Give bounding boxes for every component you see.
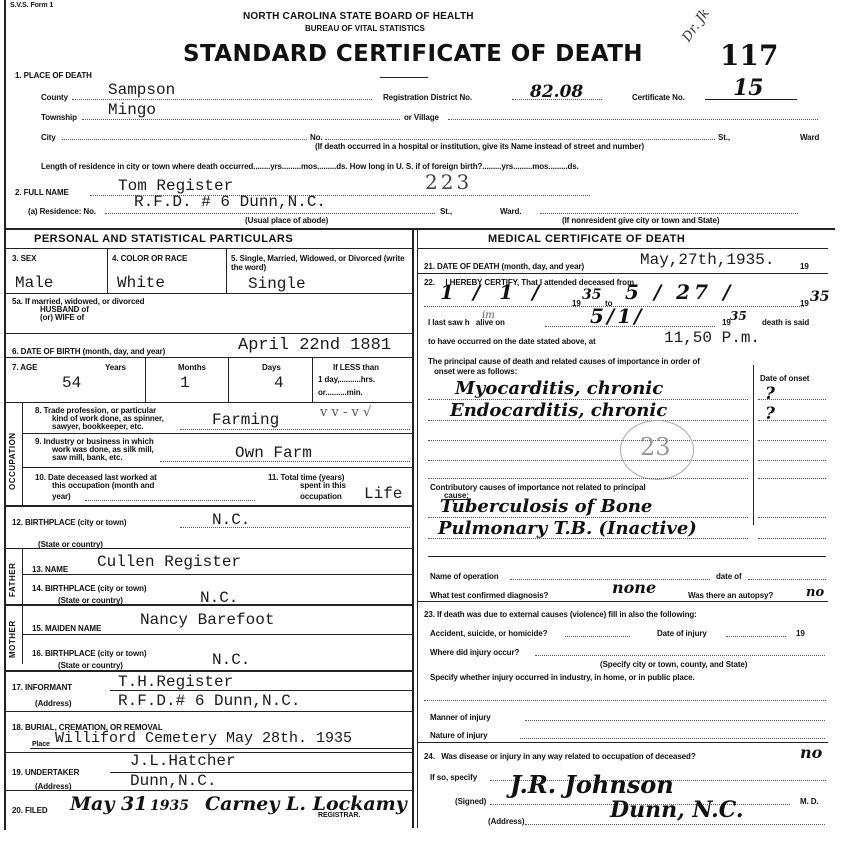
column-divider [412, 228, 414, 828]
total-time-label-2: spent in this [300, 481, 346, 490]
specify-label: Specify whether injury occurred in indus… [430, 673, 695, 682]
last-saw-year: 35 [730, 308, 747, 325]
signed-value: J.R. Johnson [510, 776, 674, 793]
occurred-label: to have occurred on the date stated abov… [428, 337, 596, 346]
last-saw-pronoun: im [482, 310, 495, 321]
residence-value: R.F.D. # 6 Dunn,N.C. [134, 194, 326, 210]
industry-label-3: saw mill, bank, etc. [52, 453, 122, 462]
dod-19: 19 [800, 262, 809, 271]
township-line [82, 119, 400, 120]
residence-line [105, 213, 435, 214]
page-title: STANDARD CERTIFICATE OF DEATH [183, 41, 643, 67]
nonresident-line [540, 213, 798, 214]
informant-value: T.H.Register [118, 674, 233, 690]
industry-value: Own Farm [235, 445, 312, 461]
cause-2: Endocarditis, chronic [450, 402, 667, 419]
district-line [512, 99, 602, 100]
father-name-value: Cullen Register [97, 554, 241, 570]
no-label: No. [310, 133, 323, 142]
agency-title: NORTH CAROLINA STATE BOARD OF HEALTH [243, 11, 474, 22]
autopsy-label: Was there an autopsy? [688, 591, 773, 600]
burial-value: Williford Cemetery May 28th. 1935 [55, 731, 352, 747]
township-value: Mingo [108, 102, 156, 118]
residence-label: (a) Residence: No. [28, 207, 96, 216]
age-years-value: 54 [62, 375, 81, 391]
title-underline [380, 77, 428, 78]
certificate-value: 15 [733, 80, 764, 97]
cause-label-1: The principal cause of death and related… [428, 357, 700, 366]
mother-name-value: Nancy Barefoot [140, 612, 274, 628]
residence-ward-label: Ward. [500, 207, 521, 216]
age-label: 7. AGE [12, 363, 37, 372]
sex-label: 3. SEX [12, 254, 36, 263]
dod-value: May,27th,1935. [640, 252, 774, 268]
test-label: What test confirmed diagnosis? [430, 591, 548, 600]
attended-to: 5 / 27 / [625, 284, 734, 301]
marital-label: 5. Single, Married, Widowed, or Divorced… [231, 254, 411, 272]
less-label-2: 1 day,..........hrs. [318, 375, 375, 384]
village-label: or Village [404, 113, 439, 122]
margin-number: 223 [425, 170, 472, 194]
nonresident-note: (If nonresident give city or town and St… [562, 216, 719, 225]
certificate-label: Certificate No. [632, 93, 685, 102]
years-label: Years [105, 363, 126, 372]
residence-length-label: Length of residence in city or town wher… [41, 162, 579, 171]
hospital-note: (If death occurred in a hospital or inst… [315, 142, 644, 151]
registrar-signature: Carney L. Lockamy [205, 796, 407, 813]
undertaker-value: J.L.Hatcher [130, 753, 236, 769]
birthplace-value: N.C. [212, 512, 250, 528]
spouse-label-3: (or) WIFE of [40, 313, 84, 322]
related-value: no [800, 744, 822, 761]
personal-section-title: PERSONAL AND STATISTICAL PARTICULARS [34, 233, 293, 245]
place-of-death-label: 1. PLACE OF DEATH [15, 71, 92, 80]
form-id: S.V.S. Form 1 [10, 1, 53, 10]
margin-note: Dr. Jk [680, 6, 713, 45]
county-label: County [41, 93, 68, 102]
mother-side-label: MOTHER [8, 620, 17, 658]
residence-st-label: St., [440, 207, 452, 216]
nature-label: Nature of injury [430, 731, 488, 740]
full-name-label: 2. FULL NAME [15, 188, 69, 197]
informant-address-label: (Address) [35, 699, 71, 708]
days-label: Days [262, 363, 281, 372]
undertaker-address-value: Dunn,N.C. [130, 773, 216, 789]
manner-label: Manner of injury [430, 713, 491, 722]
race-value: White [117, 275, 165, 291]
signed-label: (Signed) [455, 797, 486, 806]
township-label: Township [41, 113, 77, 122]
dob-value: April 22nd 1881 [238, 338, 391, 354]
where-label: Where did injury occur? [430, 648, 519, 657]
filed-date: May 31 [70, 796, 147, 813]
section-divider [5, 228, 835, 230]
mother-bp-value: N.C. [212, 652, 250, 668]
contributory-2: Pulmonary T.B. (Inactive) [438, 520, 697, 537]
months-label: Months [178, 363, 206, 372]
county-value: Sampson [108, 82, 175, 98]
if-so-label: If so, specify [430, 773, 477, 782]
birthplace-label: 12. BIRTHPLACE (city or town) [12, 518, 126, 527]
less-label-3: or..........min. [318, 388, 363, 397]
mother-bp-label: 16. BIRTHPLACE (city or town) [32, 649, 146, 658]
related-label: 24. Was disease or injury in any way rel… [424, 752, 696, 761]
city-label: City [41, 133, 56, 142]
trade-value: Farming [212, 412, 279, 428]
last-worked-label-2: this occupation (month and [52, 481, 154, 490]
cause-label-2: onset were as follows: [434, 367, 517, 376]
where-note: (Specify city or town, county, and State… [600, 660, 747, 669]
undertaker-label: 19. UNDERTAKER [12, 768, 79, 777]
bureau-title: BUREAU OF VITAL STATISTICS [305, 24, 425, 33]
onset-1: ? [765, 386, 775, 403]
injury-year-label: 19 [796, 629, 805, 638]
dod-label: 21. DATE OF DEATH (month, day, and year) [424, 262, 584, 271]
mother-name-label: 15. MAIDEN NAME [32, 624, 101, 633]
cause-1: Myocarditis, chronic [455, 380, 663, 397]
marital-value: Single [248, 276, 306, 292]
address-value: Dunn, N.C. [610, 802, 744, 819]
st-label: St., [718, 133, 730, 142]
autopsy-value: no [806, 584, 824, 601]
death-said-label: death is said [762, 318, 809, 327]
attended-from: 1 / 1 / [440, 284, 545, 301]
mother-bp-state-label: (State or country) [58, 661, 123, 670]
accident-label: Accident, suicide, or homicide? [430, 629, 547, 638]
registrar-label: REGISTRAR. [318, 812, 360, 820]
city-line [62, 139, 307, 140]
trade-marks: v v - v √ [320, 405, 371, 420]
race-label: 4. COLOR OR RACE [112, 254, 187, 263]
operation-label: Name of operation [430, 572, 499, 581]
md-label: M. D. [800, 797, 819, 806]
less-label-1: If LESS than [333, 363, 379, 372]
ward-label: Ward [800, 133, 819, 142]
column-divider-inner [417, 228, 418, 828]
external-label: 23. If death was due to external causes … [424, 610, 697, 619]
filed-label: 20. FILED [12, 806, 48, 815]
injury-date-label: Date of injury [657, 629, 707, 638]
informant-label: 17. INFORMANT [12, 683, 72, 692]
attended-to-year: 35 [810, 289, 829, 306]
county-line [72, 99, 372, 100]
operation-date-label: date of [716, 572, 742, 581]
age-months-value: 1 [180, 375, 190, 391]
stamp-number: 23 [640, 433, 671, 461]
certificate-line [705, 99, 797, 100]
filed-year: 1935 [150, 798, 189, 815]
father-side-label: FATHER [8, 563, 17, 597]
informant-address-value: R.F.D.# 6 Dunn,N.C. [118, 693, 300, 709]
last-worked-label-3: year) [52, 492, 71, 501]
address-label: (Address) [488, 817, 524, 826]
last-saw-value: 5/1/ [590, 308, 644, 325]
page-left-border [4, 0, 6, 830]
trade-label-3: sawyer, bookkeeper, etc. [52, 422, 143, 431]
village-line [448, 119, 818, 120]
street-line [325, 139, 715, 140]
sex-value: Male [15, 275, 53, 291]
contributory-1: Tuberculosis of Bone [440, 498, 652, 515]
occupation-side-label: OCCUPATION [8, 432, 17, 490]
usual-abode-note: (Usual place of abode) [245, 216, 328, 225]
district-label: Registration District No. [383, 93, 472, 102]
medical-section-title: MEDICAL CERTIFICATE OF DEATH [488, 233, 685, 245]
father-name-label: 13. NAME [32, 565, 68, 574]
total-time-value: Life [364, 486, 402, 502]
total-time-label-3: occupation [300, 492, 342, 501]
test-value: none [612, 579, 656, 596]
time-value: 11,50 P.m. [664, 330, 760, 346]
dob-label: 6. DATE OF BIRTH (month, day, and year) [12, 347, 165, 356]
father-bp-label: 14. BIRTHPLACE (city or town) [32, 584, 146, 593]
age-days-value: 4 [274, 375, 284, 391]
onset-label: Date of onset [760, 374, 809, 383]
full-name-value: Tom Register [118, 178, 233, 194]
page-number: 117 [720, 39, 778, 72]
attended-from-year: 35 [582, 287, 601, 304]
